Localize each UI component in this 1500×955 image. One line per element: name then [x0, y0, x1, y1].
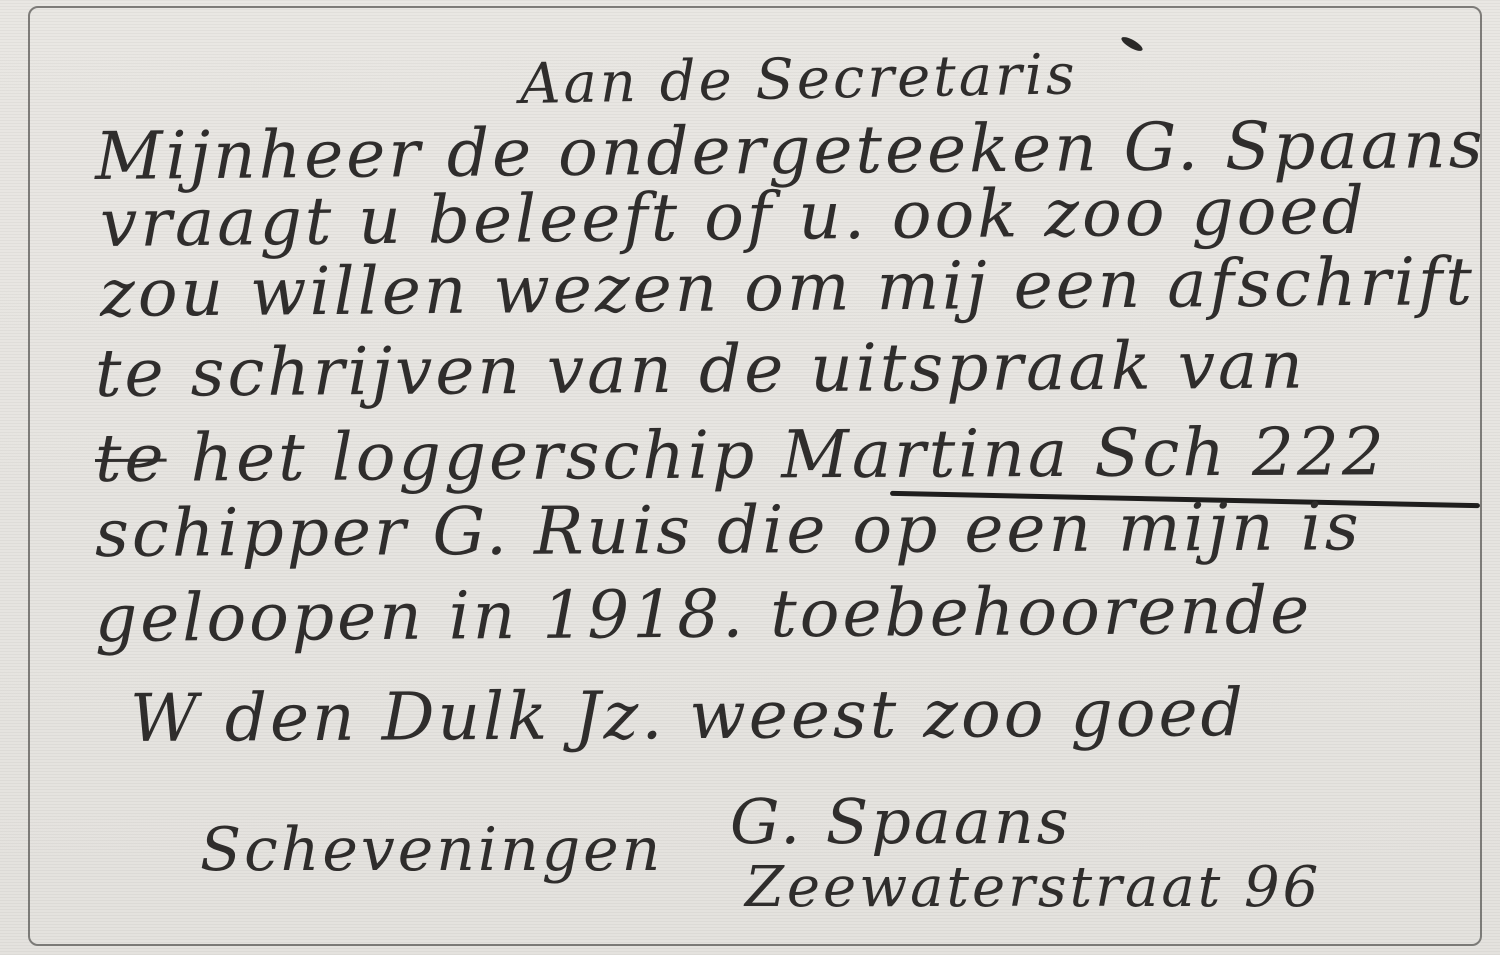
- closing-signature: G. Spaans: [730, 785, 1072, 858]
- line-5-text: het loggerschip Martina Sch 222: [190, 413, 1387, 496]
- letter-line-5: te het loggerschip Martina Sch 222: [95, 413, 1387, 497]
- letter-line-7: geloopen in 1918. toebehoorende: [95, 572, 1313, 657]
- letter-line-8: W den Dulk Jz. weest zoo goed: [130, 674, 1246, 757]
- letter-header: Aan de Secretaris: [519, 42, 1078, 117]
- closing-place: Scheveningen: [200, 815, 663, 885]
- closing-address: Zeewaterstraat 96: [745, 855, 1321, 920]
- letter-line-6: schipper G. Ruis die op een mijn is: [95, 488, 1362, 572]
- letter-line-3: zou willen wezen om mij een afschrift: [100, 243, 1476, 332]
- struck-word: te: [95, 420, 167, 497]
- letter-line-4: te schrijven van de uitspraak van: [95, 327, 1306, 412]
